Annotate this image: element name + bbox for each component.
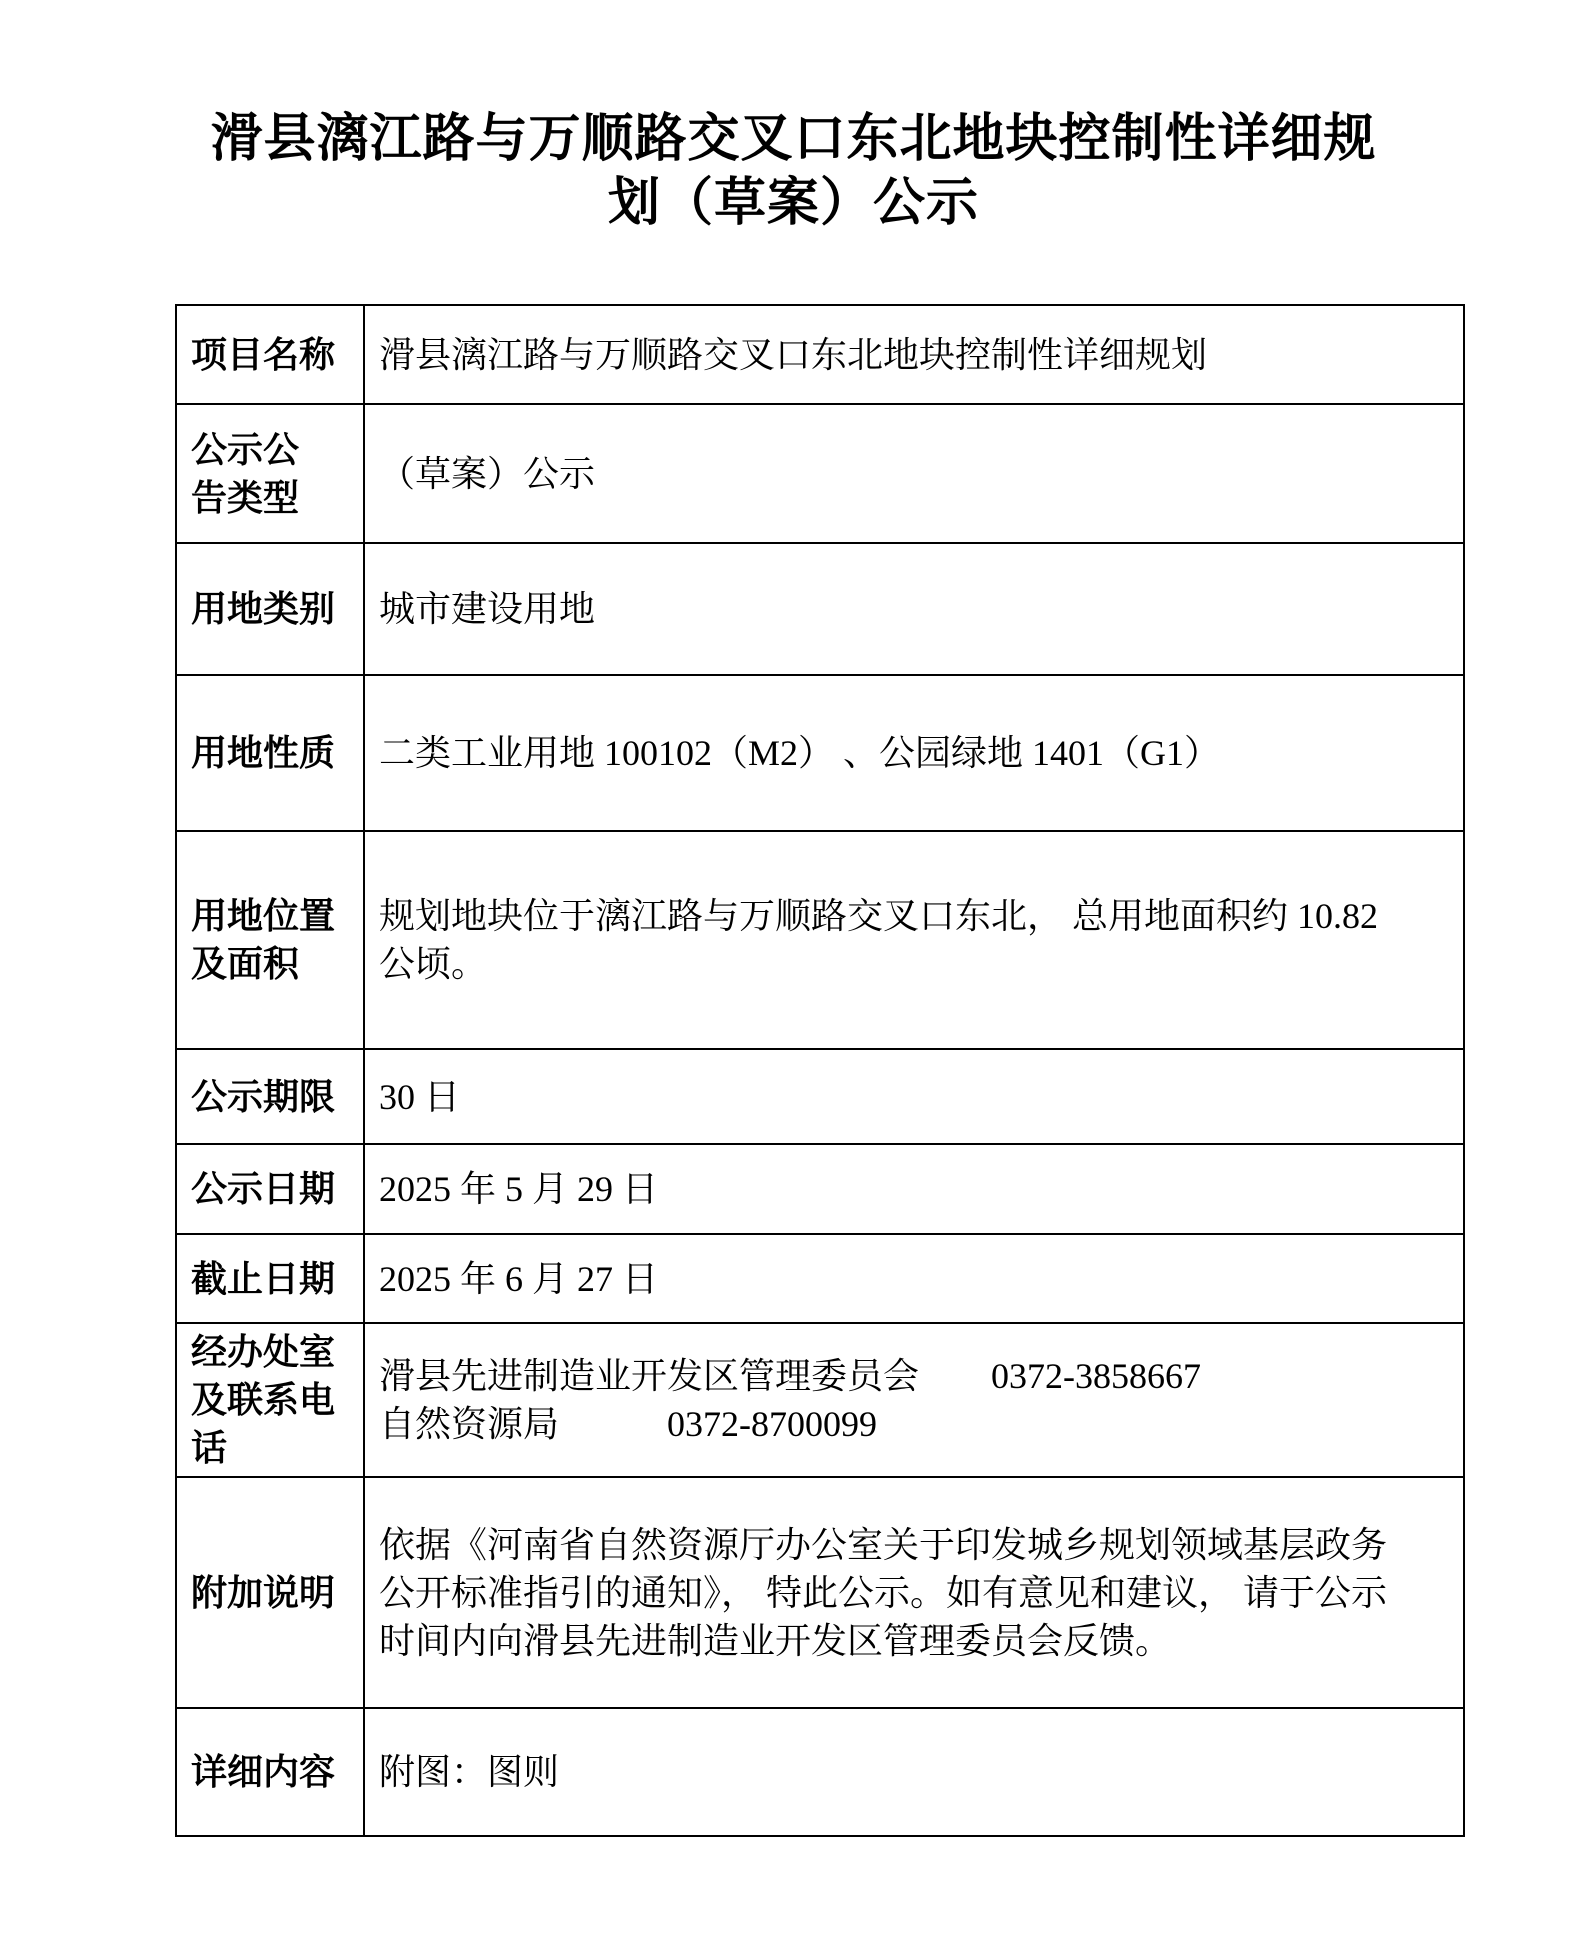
row-value-additional-notes: 依据《河南省自然资源厅办公室关于印发城乡规划领域基层政务 公开标准指引的通知》，… bbox=[364, 1477, 1464, 1708]
table-row-detail-content: 详细内容 附图：图则 bbox=[176, 1708, 1464, 1836]
row-value-land-use-nature: 二类工业用地 100102（M2） 、公园绿地 1401（G1） bbox=[364, 675, 1464, 831]
row-value-notice-period: 30 日 bbox=[364, 1049, 1464, 1144]
table-row-end-date: 截止日期 2025 年 6 月 27 日 bbox=[176, 1234, 1464, 1323]
row-value-office-contact: 滑县先进制造业开发区管理委员会 0372-3858667 自然资源局 0372-… bbox=[364, 1323, 1464, 1477]
table-row-land-use-nature: 用地性质 二类工业用地 100102（M2） 、公园绿地 1401（G1） bbox=[176, 675, 1464, 831]
table-row-notice-date: 公示日期 2025 年 5 月 29 日 bbox=[176, 1144, 1464, 1234]
table-row-office-contact: 经办处室 及联系电 话 滑县先进制造业开发区管理委员会 0372-3858667… bbox=[176, 1323, 1464, 1477]
row-value-notice-date: 2025 年 5 月 29 日 bbox=[364, 1144, 1464, 1234]
table-row-notice-period: 公示期限 30 日 bbox=[176, 1049, 1464, 1144]
row-label-notice-period: 公示期限 bbox=[176, 1049, 364, 1144]
row-value-end-date: 2025 年 6 月 27 日 bbox=[364, 1234, 1464, 1323]
notice-table: 项目名称 滑县漓江路与万顺路交叉口东北地块控制性详细规划 公示公 告类型 （草案… bbox=[175, 304, 1465, 1837]
row-label-detail-content: 详细内容 bbox=[176, 1708, 364, 1836]
page-title: 滑县漓江路与万顺路交叉口东北地块控制性详细规 划（草案）公示 bbox=[40, 108, 1547, 236]
row-value-project-name: 滑县漓江路与万顺路交叉口东北地块控制性详细规划 bbox=[364, 305, 1464, 404]
table-row-location-area: 用地位置 及面积 规划地块位于漓江路与万顺路交叉口东北， 总用地面积约 10.8… bbox=[176, 831, 1464, 1049]
table-row-project-name: 项目名称 滑县漓江路与万顺路交叉口东北地块控制性详细规划 bbox=[176, 305, 1464, 404]
row-value-notice-type: （草案）公示 bbox=[364, 404, 1464, 543]
row-value-location-area: 规划地块位于漓江路与万顺路交叉口东北， 总用地面积约 10.82 公顷。 bbox=[364, 831, 1464, 1049]
row-label-land-category: 用地类别 bbox=[176, 543, 364, 675]
row-label-land-use-nature: 用地性质 bbox=[176, 675, 364, 831]
row-label-additional-notes: 附加说明 bbox=[176, 1477, 364, 1708]
table-row-land-category: 用地类别 城市建设用地 bbox=[176, 543, 1464, 675]
table-row-additional-notes: 附加说明 依据《河南省自然资源厅办公室关于印发城乡规划领域基层政务 公开标准指引… bbox=[176, 1477, 1464, 1708]
row-label-notice-type: 公示公 告类型 bbox=[176, 404, 364, 543]
row-label-notice-date: 公示日期 bbox=[176, 1144, 364, 1234]
table-row-notice-type: 公示公 告类型 （草案）公示 bbox=[176, 404, 1464, 543]
row-value-land-category: 城市建设用地 bbox=[364, 543, 1464, 675]
row-value-detail-content: 附图：图则 bbox=[364, 1708, 1464, 1836]
row-label-office-contact: 经办处室 及联系电 话 bbox=[176, 1323, 364, 1477]
row-label-project-name: 项目名称 bbox=[176, 305, 364, 404]
row-label-end-date: 截止日期 bbox=[176, 1234, 364, 1323]
row-label-location-area: 用地位置 及面积 bbox=[176, 831, 364, 1049]
